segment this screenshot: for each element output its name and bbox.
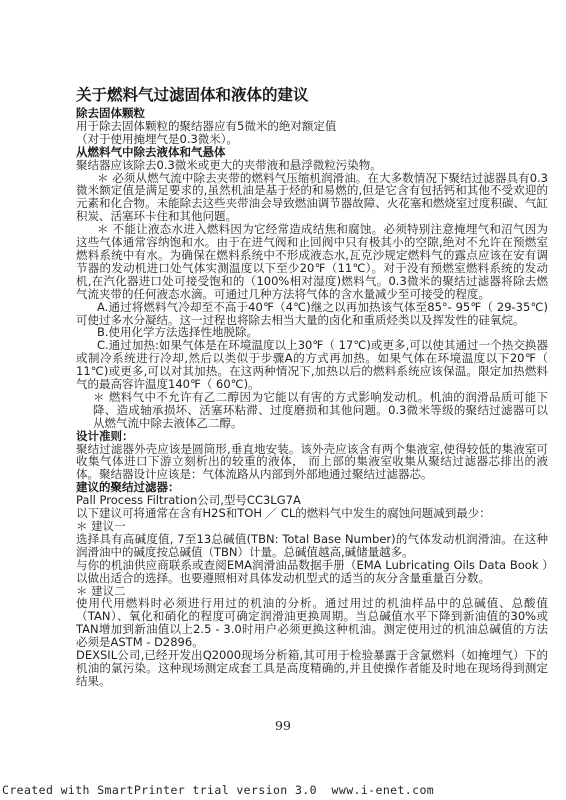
smartprinter-watermark: Created with SmartPrinter trial version …	[2, 783, 434, 797]
bullet-liquid-water: ＊ 不能让液态水进入燃料因为它经常造成结焦和腐蚀。必须特别注意掩埋气和沼气因为这…	[76, 223, 548, 300]
para-oil-analysis: 使用代用燃料时必须进行用过的机油的分析。通过用过的机油样品中的总碱值、总酸值（T…	[76, 597, 548, 649]
document-page: 关于燃料气过滤固体和液体的建议 除去固体颗粒 用于除去固体颗粒的聚结器应有5微米…	[0, 0, 566, 800]
bullet-glycol: ＊ 燃料气中不允许有乙二醇因为它能以有害的方式影响发动机。机油的润滑品质可能下降…	[76, 391, 548, 430]
para-dexsil-q2000: DEXSIL公司,已经开发出Q2000现场分析箱,其可用于检验暴露于含氯燃料（如…	[76, 649, 548, 688]
step-a-cooling: A.通过将燃料气冷却至不高于40℉（4℃)继之以再加热该气体至85°- 95℉（…	[76, 301, 548, 327]
para-coalescer-03micron: 聚结器应该除去0.3微米或更大的夹带液和悬浮微粒污染物。	[76, 159, 548, 172]
page-number: 99	[0, 718, 566, 733]
heading-remove-solid-particles: 除去固体颗粒	[76, 107, 548, 120]
label-recommendation-1: ＊ 建议一	[76, 520, 548, 533]
step-c-heating: C.通过加热:如果气体是在环境温度以上30℉（ 17℃)或更多,可以使其通过一个…	[76, 339, 548, 391]
para-landfill-gas-note: （对于使用掩埋气是0.3微米）。	[76, 133, 548, 146]
page-title: 关于燃料气过滤固体和液体的建议	[76, 86, 548, 105]
para-corrosion-intro: 以下建议可将通常在含有H2S和TOH ／ CL的燃料气中发生的腐蚀问题减到最少：	[76, 507, 548, 520]
heading-design-criteria: 设计准则：	[76, 430, 548, 443]
para-coalescer-rating: 用于除去固体颗粒的聚结器应有5微米的绝对额定值	[76, 120, 548, 133]
page-content: 关于燃料气过滤固体和液体的建议 除去固体颗粒 用于除去固体颗粒的聚结器应有5微米…	[76, 86, 548, 688]
para-ema-databook: 与你的机油供应商联系或查阅EMA润滑油品数据手册（EMA Lubricating…	[76, 559, 548, 585]
para-design-criteria: 聚结过滤器外壳应该是圆筒形,垂直地安装。该外壳应该含有两个集液室,使得较低的集液…	[76, 443, 548, 482]
para-tbn-selection: 选择具有高碱度值, 7至13总碱值(TBN: Total Base Number…	[76, 533, 548, 559]
bullet-compressor-oil: ＊ 必须从燃气流中除去夹带的燃料气压缩机润滑油。在大多数情况下聚结过滤器具有0.…	[76, 172, 548, 224]
heading-remove-liquids-aerosols: 从燃料气中除去液体和气悬体	[76, 146, 548, 159]
